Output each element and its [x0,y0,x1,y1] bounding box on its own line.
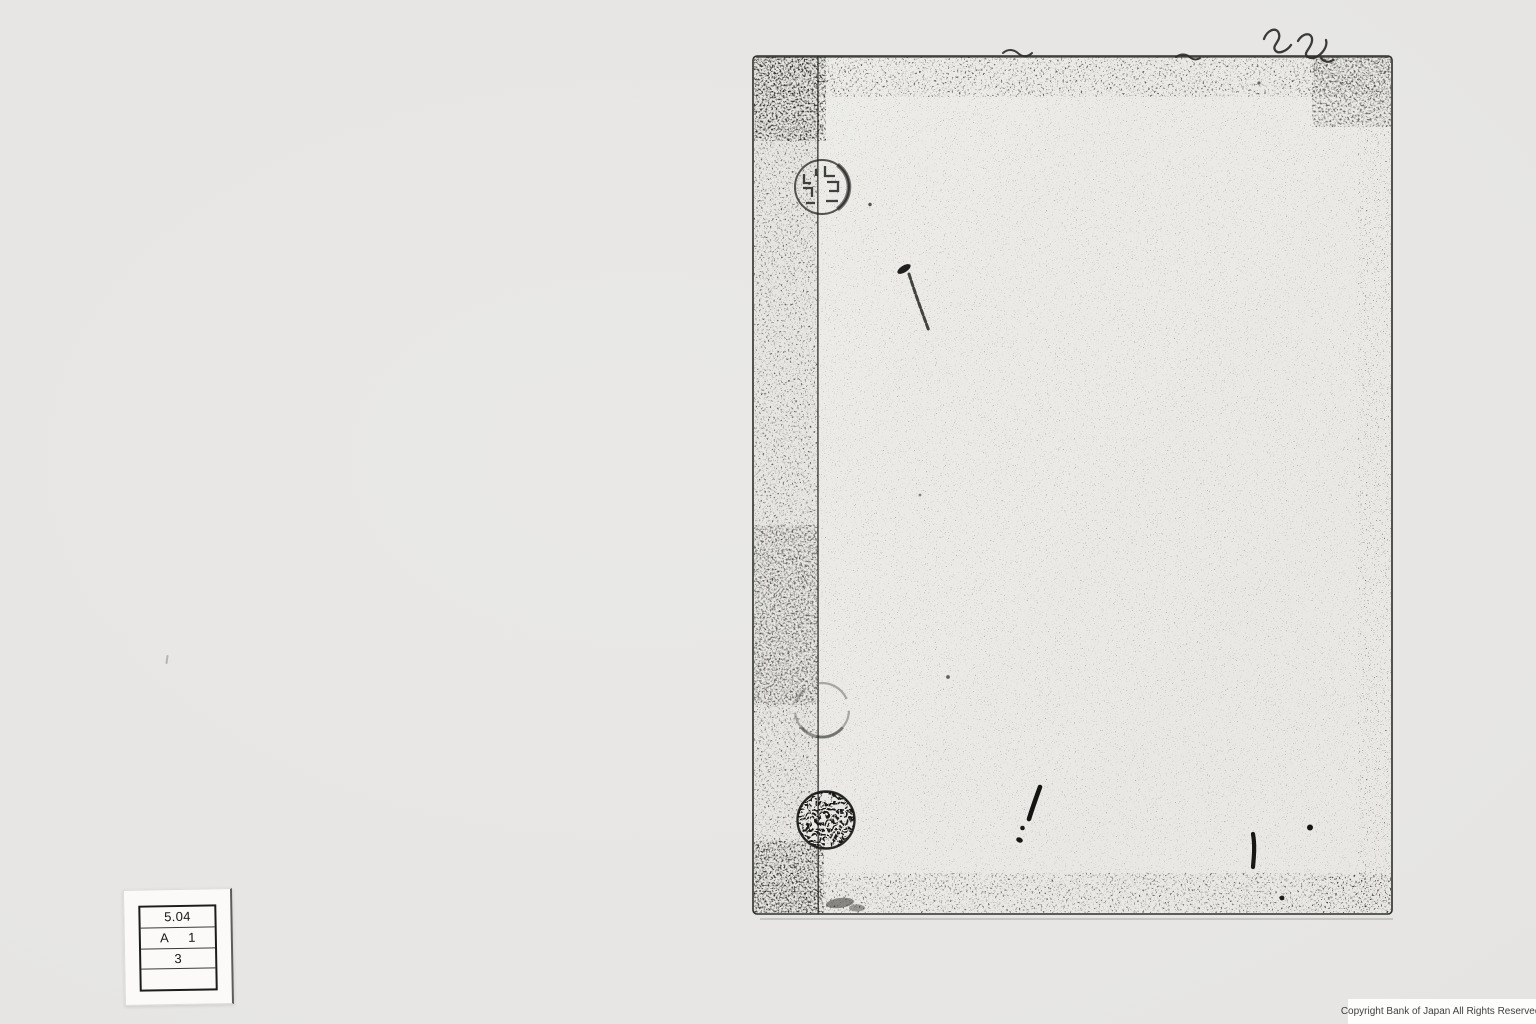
background-speck [165,655,168,664]
label-row: 5.04 [140,906,214,928]
label-row: 3 [141,948,215,970]
label-call-number: 5.04 [164,909,191,924]
copyright-text: Copyright Bank of Japan All Rights Reser… [1341,1006,1536,1017]
classification-label: 5.04 A 1 3 [123,888,234,1006]
document-scan [752,55,1393,915]
copyright-notice: Copyright Bank of Japan All Rights Reser… [1348,999,1536,1024]
archival-scan-page: 5.04 A 1 3 Copyright Bank of Japan All R… [0,0,1536,1024]
classification-table: 5.04 A 1 3 [138,904,217,991]
label-series-letter: A [160,930,169,945]
label-volume-number: 3 [174,951,182,966]
label-row: A 1 [141,927,215,949]
label-row [141,969,215,990]
label-series-number: 1 [188,930,196,945]
